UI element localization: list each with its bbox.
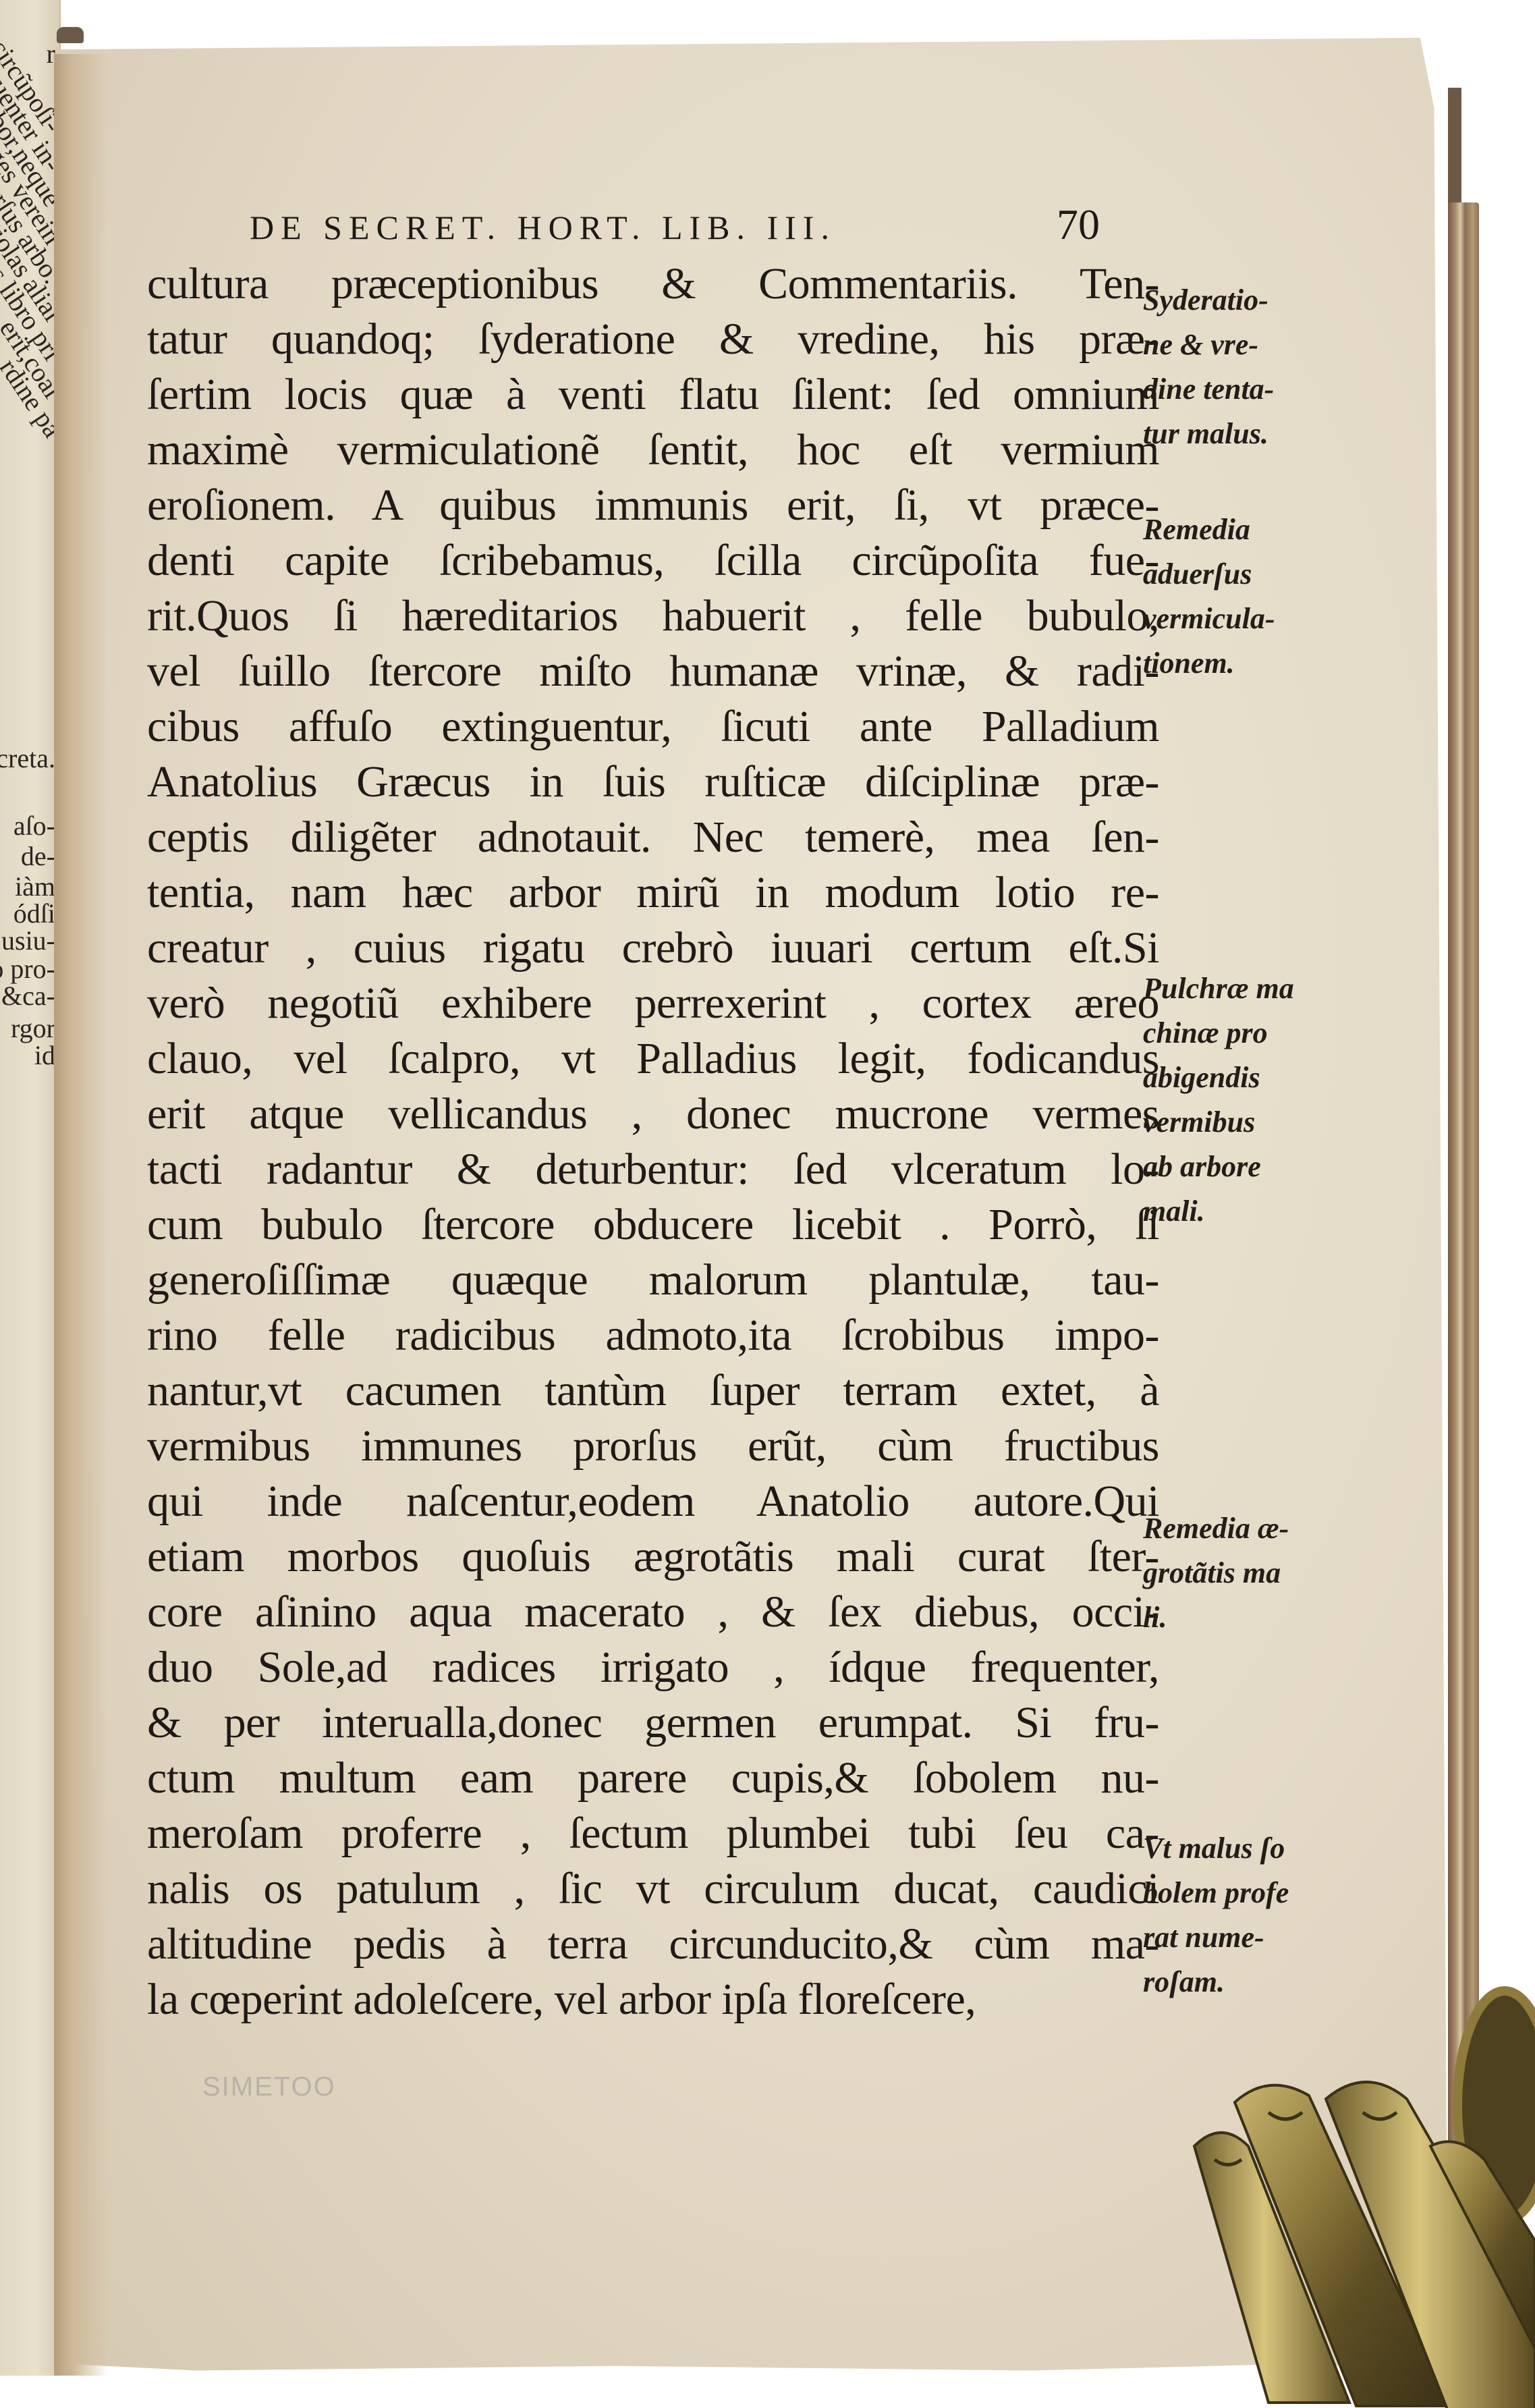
text-line: tentia, nam hæc arbor mirũ in modum loti… — [147, 865, 1159, 921]
marginal-note-line: vermicula- — [1143, 597, 1275, 641]
running-head-title: DE SECRET. HORT. LIB. III. — [250, 208, 836, 247]
text-line: tacti radantur & deturbentur: ſed vlcera… — [147, 1142, 1159, 1197]
text-line: ceptis diligẽter adnotauit. Nec temerè, … — [147, 810, 1159, 865]
marginal-note-syderatione: Syderatio- ne & vre- dine tenta- tur mal… — [1143, 278, 1274, 456]
text-line: denti capite ſcribebamus, ſcilla circũpo… — [147, 533, 1159, 589]
book-headband — [57, 27, 84, 43]
marginal-note-line: li. — [1143, 1595, 1289, 1640]
marginal-note-line: tionem. — [1143, 641, 1275, 686]
page-edge-top — [1448, 88, 1461, 209]
facing-page-fragment: rcircũpoſi-quenter in-rbor,nequeieges ve… — [0, 0, 61, 2376]
text-line: maximè vermiculationẽ ſentit, hoc eſt ve… — [147, 422, 1159, 478]
text-line: la cœperint adoleſcere, vel arbor ipſa f… — [147, 1972, 1159, 2027]
page-number: 70 — [1057, 200, 1100, 250]
marginal-note-line: mali. — [1143, 1189, 1294, 1234]
text-line: core aſinino aqua macerato , & ſex diebu… — [147, 1585, 1159, 1640]
marginal-note-line: chinæ pro — [1143, 1011, 1294, 1056]
text-line: cibus affuſo extinguentur, ſicuti ante P… — [147, 699, 1159, 755]
text-line: cultura præceptionibus & Commentariis. T… — [147, 256, 1159, 312]
body-text: cultura præceptionibus & Commentariis. T… — [147, 256, 1159, 2027]
text-line: tatur quandoq; ſyderatione & vredine, hi… — [147, 312, 1159, 367]
text-line: verò negotiũ exhibere perrexerint , cort… — [147, 976, 1159, 1031]
marginal-note-line: Pulchræ ma — [1143, 966, 1294, 1011]
marginal-note-line: tur malus. — [1143, 412, 1274, 456]
text-line: vel ſuillo ſtercore miſto humanæ vrinæ, … — [147, 644, 1159, 699]
marginal-note-pulchrae-machinae: Pulchræ ma chinæ pro abigendis vermibus … — [1143, 966, 1294, 1234]
text-line: creatur , cuius rigatu crebrò iuuari cer… — [147, 921, 1159, 976]
marginal-note-line: dine tenta- — [1143, 367, 1274, 412]
text-line: altitudine pedis à terra circunducito,& … — [147, 1917, 1159, 1972]
marginal-note-line: ab arbore — [1143, 1145, 1294, 1189]
text-line: & per interualla,donec germen erumpat. S… — [147, 1695, 1159, 1751]
text-line: ſertim locis quæ à venti flatu ſilent: ſ… — [147, 367, 1159, 422]
facing-page-text-fragment: id — [34, 1039, 55, 1071]
text-line: nantur,vt cacumen tantùm ſuper terram ex… — [147, 1363, 1159, 1419]
facing-page-text-fragment: ſecreta. — [0, 742, 55, 774]
marginal-note-line: Vt malus ſo — [1143, 1826, 1289, 1871]
marginal-note-remedia-aegrotantis: Remedia æ- grotãtis ma li. — [1143, 1506, 1289, 1640]
marginal-note-line: bolem profe — [1143, 1871, 1289, 1915]
library-stamp: SIMETOO — [202, 2072, 336, 2102]
marginal-note-remedia-vermiculationem: Remedia aduerſus vermicula- tionem. — [1143, 508, 1275, 686]
binding-gutter — [54, 54, 108, 2376]
marginal-note-line: ne & vre- — [1143, 323, 1274, 367]
facing-page-text-fragment: &ca- — [1, 980, 55, 1012]
text-line: meroſam proferre , ſectum plumbei tubi ſ… — [147, 1806, 1159, 1861]
brass-hand-clip-icon — [1167, 1944, 1535, 2408]
text-line: duo Sole,ad radices irrigato , ídque fre… — [147, 1640, 1159, 1695]
page-edge-stack — [1448, 202, 1479, 2160]
text-line: rit.Quos ſi hæreditarios habuerit , fell… — [147, 589, 1159, 644]
text-line: etiam morbos quoſuis ægrotãtis mali cura… — [147, 1529, 1159, 1585]
marginal-note-line: Syderatio- — [1143, 278, 1274, 323]
text-line: qui inde naſcentur,eodem Anatolio autore… — [147, 1474, 1159, 1529]
marginal-note-line: Remedia æ- — [1143, 1506, 1289, 1551]
text-line: generoſiſſimæ quæque malorum plantulæ, t… — [147, 1253, 1159, 1308]
marginal-note-line: vermibus — [1143, 1100, 1294, 1145]
facing-page-text-fragment: de- — [21, 840, 55, 872]
facing-page-text-fragment: usiu- — [1, 925, 55, 956]
text-line: eroſionem. A quibus immunis erit, ſi, vt… — [147, 478, 1159, 533]
marginal-note-line: aduerſus — [1143, 552, 1275, 597]
running-head: DE SECRET. HORT. LIB. III. 70 — [250, 200, 1100, 250]
text-line: rino felle radicibus admoto,ita ſcrobibu… — [147, 1308, 1159, 1363]
marginal-note-line: abigendis — [1143, 1056, 1294, 1100]
text-line: erit atque vellicandus , donec mucrone v… — [147, 1087, 1159, 1142]
text-line: cum bubulo ſtercore obducere licebit . P… — [147, 1197, 1159, 1253]
marginal-note-line: grotãtis ma — [1143, 1551, 1289, 1595]
text-line: nalis os patulum , ſic vt circulum ducat… — [147, 1861, 1159, 1917]
text-line: clauo, vel ſcalpro, vt Palladius legit, … — [147, 1031, 1159, 1087]
text-line: Anatolius Græcus in ſuis ruſticæ diſcipl… — [147, 755, 1159, 810]
text-line: vermibus immunes prorſus erũt, cùm fruct… — [147, 1419, 1159, 1474]
text-line: ctum multum eam parere cupis,& ſobolem n… — [147, 1751, 1159, 1806]
facing-page-text-fragment: aſo- — [13, 810, 55, 842]
marginal-note-line: Remedia — [1143, 508, 1275, 552]
